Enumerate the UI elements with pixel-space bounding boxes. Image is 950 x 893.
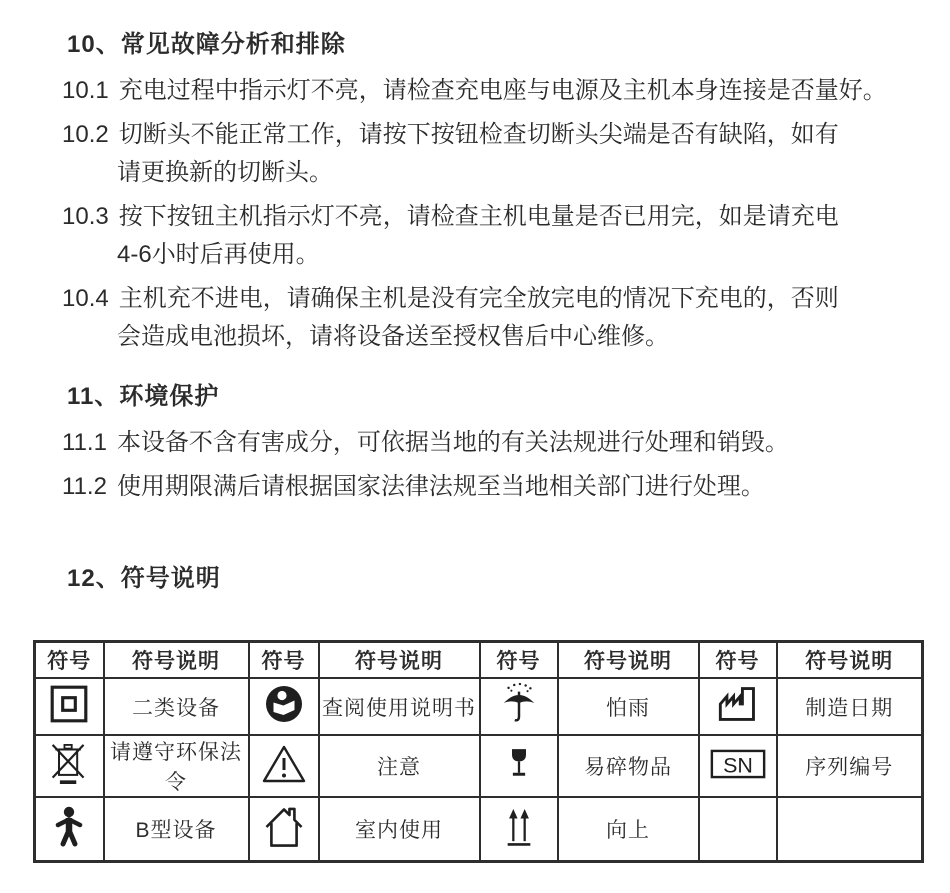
this-way-up-icon — [502, 807, 536, 847]
fault-item-10-1: 10.1充电过程中指示灯不亮，请检查充电座与电源及主机本身连接是否量好。 — [62, 72, 950, 110]
item-text-continued: 会造成电池损坏，请将设备送至授权售后中心维修。 — [62, 318, 950, 356]
section-10-title: 10、常见故障分析和排除 — [67, 30, 950, 60]
type-b-equipment-icon — [53, 806, 85, 848]
section-12-title: 12、符号说明 — [67, 564, 950, 594]
manufacture-date-icon — [715, 683, 761, 725]
table-row: 二类设备 查阅使用说明书 — [35, 678, 923, 735]
item-text: 充电过程中指示灯不亮，请检查充电座与电源及主机本身连接是否量好。 — [119, 77, 887, 104]
weee-bin-icon — [49, 741, 89, 787]
caution-icon — [261, 743, 307, 785]
table-row: B型设备 室内使用 — [35, 797, 923, 862]
env-item-11-2: 11.2使用期限满后请根据国家法律法规至当地相关部门进行处理。 — [62, 468, 950, 506]
symbol-label: 向上 — [558, 797, 699, 862]
col-header-symbol: 符号 — [249, 642, 319, 679]
item-number: 10.1 — [62, 77, 109, 104]
symbol-cell — [35, 678, 104, 735]
sn-text: SN — [723, 753, 753, 777]
symbol-cell — [480, 797, 558, 862]
item-text: 切断头不能正常工作，请按下按钮检查切断头尖端是否有缺陷，如有 — [119, 121, 839, 148]
item-text: 本设备不含有害成分，可依据当地的有关法规进行处理和销毁。 — [117, 429, 789, 456]
fault-item-10-3: 10.3按下按钮主机指示灯不亮，请检查主机电量是否已用完，如是请充电 4-6小时… — [62, 198, 950, 274]
symbol-cell — [249, 797, 319, 862]
symbol-label: 易碎物品 — [558, 735, 699, 797]
item-text-continued: 4-6小时后再使用。 — [62, 236, 950, 274]
item-number: 11.2 — [62, 473, 107, 500]
table-header-row: 符号 符号说明 符号 符号说明 符号 符号说明 符号 符号说明 — [35, 642, 923, 679]
symbol-label: 室内使用 — [319, 797, 480, 862]
manual-page: 10、常见故障分析和排除 10.1充电过程中指示灯不亮，请检查充电座与电源及主机… — [0, 0, 950, 863]
table-row: 请遵守环保法令 注意 — [35, 735, 923, 797]
symbol-cell — [699, 678, 777, 735]
item-text: 主机充不进电，请确保主机是没有完全放完电的情况下充电的，否则 — [119, 285, 839, 312]
symbol-label: 查阅使用说明书 — [319, 678, 480, 735]
serial-number-icon: SN — [710, 749, 766, 779]
symbol-label: B型设备 — [104, 797, 249, 862]
symbol-cell — [480, 678, 558, 735]
symbol-cell — [35, 735, 104, 797]
symbol-label: 序列编号 — [777, 735, 923, 797]
class-ii-equipment-icon — [48, 683, 90, 725]
item-number: 10.3 — [62, 203, 109, 230]
col-header-symbol-desc: 符号说明 — [558, 642, 699, 679]
item-text: 使用期限满后请根据国家法律法规至当地相关部门进行处理。 — [117, 473, 765, 500]
env-item-11-1: 11.1本设备不含有害成分，可依据当地的有关法规进行处理和销毁。 — [62, 424, 950, 462]
symbol-label: 二类设备 — [104, 678, 249, 735]
read-manual-icon — [264, 684, 304, 724]
item-text-continued: 请更换新的切断头。 — [62, 154, 950, 192]
empty-symbol-cell — [699, 797, 777, 862]
section-11-title: 11、环境保护 — [67, 382, 950, 412]
col-header-symbol-desc: 符号说明 — [319, 642, 480, 679]
fault-item-10-4: 10.4主机充不进电，请确保主机是没有完全放完电的情况下充电的，否则 会造成电池… — [62, 280, 950, 356]
symbol-cell — [249, 678, 319, 735]
fragile-icon — [505, 746, 533, 782]
col-header-symbol: 符号 — [480, 642, 558, 679]
symbol-cell: SN — [699, 735, 777, 797]
section-11-items: 11.1本设备不含有害成分，可依据当地的有关法规进行处理和销毁。 11.2使用期… — [62, 424, 950, 506]
col-header-symbol-desc: 符号说明 — [104, 642, 249, 679]
item-number: 10.2 — [62, 121, 109, 148]
fault-item-10-2: 10.2切断头不能正常工作，请按下按钮检查切断头尖端是否有缺陷，如有 请更换新的… — [62, 116, 950, 192]
item-number: 10.4 — [62, 285, 109, 312]
keep-dry-icon — [500, 682, 538, 726]
item-text: 按下按钮主机指示灯不亮，请检查主机电量是否已用完，如是请充电 — [119, 203, 839, 230]
symbol-cell — [249, 735, 319, 797]
empty-label-cell — [777, 797, 923, 862]
symbol-cell — [35, 797, 104, 862]
col-header-symbol-desc: 符号说明 — [777, 642, 923, 679]
symbol-cell — [480, 735, 558, 797]
symbol-label: 注意 — [319, 735, 480, 797]
col-header-symbol: 符号 — [35, 642, 104, 679]
symbol-label: 请遵守环保法令 — [104, 735, 249, 797]
item-number: 11.1 — [62, 429, 107, 456]
symbol-explanation-table: 符号 符号说明 符号 符号说明 符号 符号说明 符号 符号说明 二类设备 — [33, 640, 924, 863]
symbol-label: 制造日期 — [777, 678, 923, 735]
indoor-use-icon — [262, 804, 306, 850]
section-10-items: 10.1充电过程中指示灯不亮，请检查充电座与电源及主机本身连接是否量好。 10.… — [62, 72, 950, 356]
col-header-symbol: 符号 — [699, 642, 777, 679]
symbol-label: 怕雨 — [558, 678, 699, 735]
